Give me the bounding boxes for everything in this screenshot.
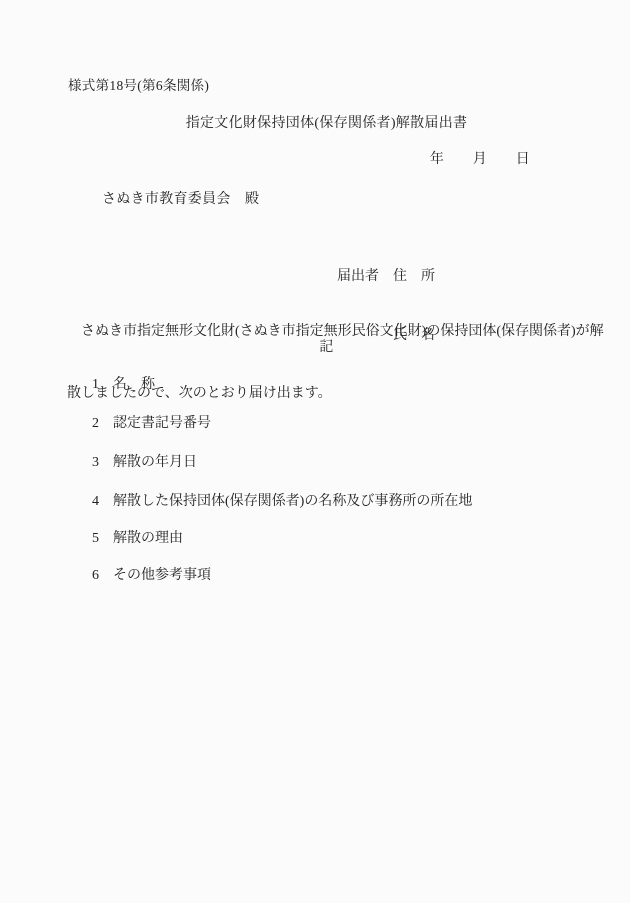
- document-title: 指定文化財保持団体(保存関係者)解散届出書: [68, 114, 585, 134]
- addressee-line: さぬき市教育委員会 殿: [102, 190, 259, 210]
- item-label: 解散した保持団体(保存関係者)の名称及び事務所の所在地: [113, 494, 472, 509]
- item-number: 3: [92, 455, 113, 471]
- item-number: 2: [92, 416, 113, 432]
- item-label: その他参考事項: [113, 568, 211, 583]
- list-item: 2認定書記号番号: [92, 412, 211, 432]
- item-label: 名 称: [113, 377, 155, 392]
- list-item: 5解散の理由: [92, 527, 183, 547]
- list-item: 3解散の年月日: [92, 451, 197, 471]
- date-line: 年 月 日: [430, 150, 530, 170]
- item-label: 認定書記号番号: [113, 416, 211, 431]
- form-number: 様式第18号(第6条関係): [68, 76, 209, 96]
- list-item: 4解散した保持団体(保存関係者)の名称及び事務所の所在地: [92, 490, 472, 510]
- document-page: 様式第18号(第6条関係) 指定文化財保持団体(保存関係者)解散届出書 年 月 …: [0, 0, 630, 903]
- item-label: 解散の理由: [113, 531, 183, 546]
- item-number: 4: [92, 494, 113, 510]
- item-number: 6: [92, 568, 113, 584]
- list-item: 1名 称: [92, 373, 155, 393]
- item-number: 1: [92, 377, 113, 393]
- item-label: 解散の年月日: [113, 455, 197, 470]
- list-heading-ki: 記: [68, 338, 585, 358]
- item-number: 5: [92, 531, 113, 547]
- list-item: 6その他参考事項: [92, 564, 211, 584]
